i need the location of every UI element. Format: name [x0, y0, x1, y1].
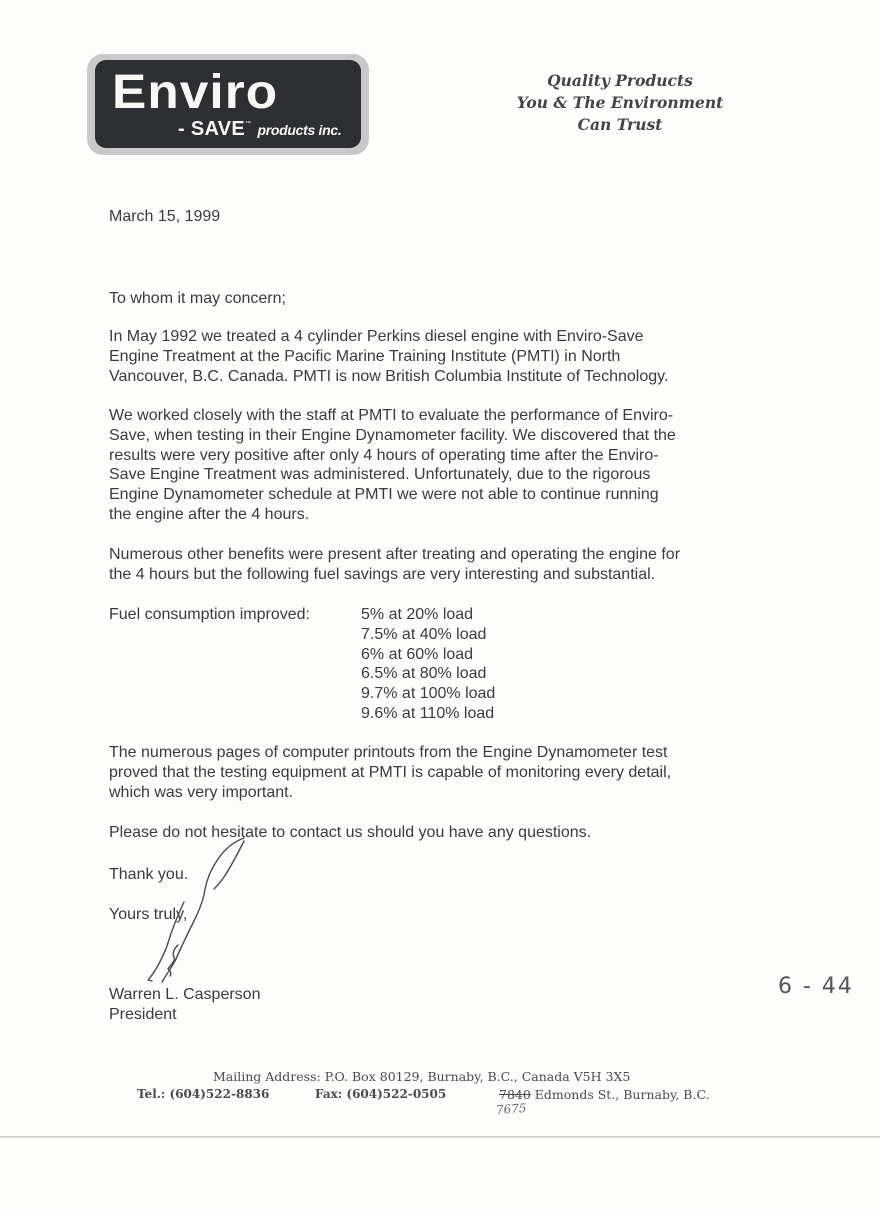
- page-edge-divider: [0, 1136, 880, 1138]
- logo-brand-sub: - SAVE™ products inc.: [178, 118, 341, 141]
- tagline-line: Can Trust: [500, 114, 740, 136]
- paragraph-1: In May 1992 we treated a 4 cylinder Perk…: [109, 327, 749, 386]
- paragraph-line: proved that the testing equipment at PMT…: [109, 763, 749, 783]
- fuel-consumption-list: 5% at 20% load 7.5% at 40% load 6% at 60…: [361, 605, 495, 724]
- fuel-item: 6.5% at 80% load: [361, 664, 495, 684]
- fuel-consumption-label: Fuel consumption improved:: [109, 605, 310, 625]
- paragraph-line: We worked closely with the staff at PMTI…: [109, 406, 749, 426]
- signer-title: President: [109, 1005, 177, 1025]
- paragraph-line: In May 1992 we treated a 4 cylinder Perk…: [109, 327, 749, 347]
- fax: Fax: (604)522-0505: [315, 1087, 446, 1101]
- mailing-address: Mailing Address: P.O. Box 80129, Burnaby…: [213, 1069, 630, 1084]
- street-address: 7840 Edmonds St., Burnaby, B.C.: [499, 1087, 710, 1102]
- paragraph-line: Engine Treatment at the Pacific Marine T…: [109, 347, 749, 367]
- paragraph-line: results were very positive after only 4 …: [109, 446, 749, 466]
- paragraph-line: the 4 hours but the following fuel savin…: [109, 565, 749, 585]
- signer-name: Warren L. Casperson: [109, 985, 260, 1005]
- tagline-line: Quality Products: [500, 70, 740, 92]
- paragraph-line: Numerous other benefits were present aft…: [109, 545, 749, 565]
- page-number: 6 - 44: [778, 974, 854, 999]
- handwritten-street-number: 7675: [496, 1101, 527, 1117]
- salutation: To whom it may concern;: [109, 289, 286, 309]
- telephone: Tel.: (604)522-8836: [137, 1087, 269, 1101]
- paragraph-line: the engine after the 4 hours.: [109, 505, 749, 525]
- struck-street-number: 7840: [499, 1087, 531, 1102]
- letter-date: March 15, 1999: [109, 207, 220, 227]
- fuel-item: 9.7% at 100% load: [361, 684, 495, 704]
- fuel-item: 7.5% at 40% load: [361, 625, 495, 645]
- logo-brand-main: Enviro: [112, 68, 278, 118]
- paragraph-line: Save, when testing in their Engine Dynam…: [109, 426, 749, 446]
- fuel-item: 9.6% at 110% load: [361, 704, 495, 724]
- fuel-item: 5% at 20% load: [361, 605, 495, 625]
- paragraph-line: which was very important.: [109, 783, 749, 803]
- paragraph-line: Vancouver, B.C. Canada. PMTI is now Brit…: [109, 367, 749, 387]
- street-rest: Edmonds St., Burnaby, B.C.: [531, 1087, 710, 1102]
- trademark-symbol: ™: [245, 121, 251, 127]
- logo-suffix: products inc.: [257, 122, 341, 138]
- paragraph-4: The numerous pages of computer printouts…: [109, 743, 749, 802]
- paragraph-2: We worked closely with the staff at PMTI…: [109, 406, 749, 525]
- company-tagline: Quality Products You & The Environment C…: [500, 70, 740, 136]
- paragraph-line: The numerous pages of computer printouts…: [109, 743, 749, 763]
- paragraph-3: Numerous other benefits were present aft…: [109, 545, 749, 585]
- fuel-item: 6% at 60% load: [361, 645, 495, 665]
- paragraph-line: Engine Dynamometer schedule at PMTI we w…: [109, 485, 749, 505]
- signature-icon: [140, 825, 260, 990]
- paragraph-line: Save Engine Treatment was administered. …: [109, 465, 749, 485]
- logo-save-text: - SAVE: [178, 118, 245, 140]
- tagline-line: You & The Environment: [500, 92, 740, 114]
